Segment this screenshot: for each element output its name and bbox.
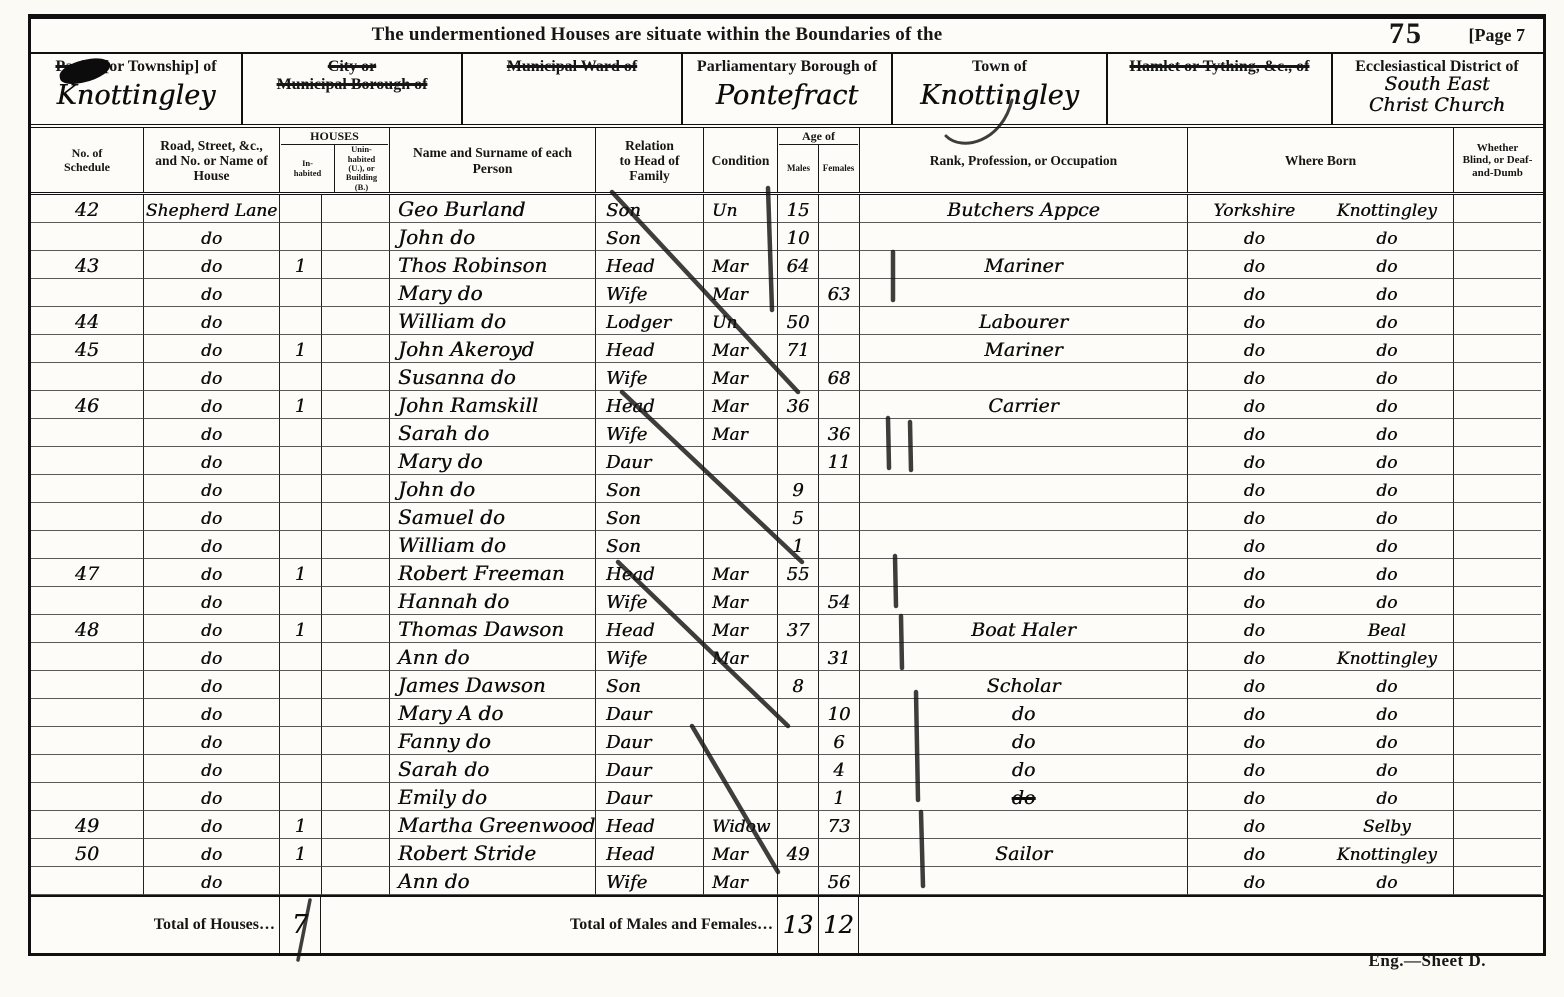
- blind-deaf-cell: [1453, 279, 1541, 307]
- condition-cell: [703, 475, 777, 503]
- occupation-cell: do: [859, 783, 1187, 811]
- road-name-cell: do: [143, 755, 279, 783]
- relation-cell: Daur: [595, 447, 703, 475]
- where-born-cell: doSelby: [1187, 811, 1453, 839]
- where-born-cell: dodo: [1187, 699, 1453, 727]
- relation-cell: Head: [595, 335, 703, 363]
- person-name-cell: William do: [389, 307, 595, 335]
- blind-deaf-cell: [1453, 867, 1541, 895]
- totals-spacer: [1453, 897, 1541, 953]
- sheet-number: 75: [1389, 17, 1423, 51]
- inhabited-cell: [279, 643, 321, 671]
- where-born-cell: dodo: [1187, 783, 1453, 811]
- blind-deaf-cell: [1453, 419, 1541, 447]
- census-row: doSusanna doWifeMar68dodo: [31, 363, 1543, 391]
- schedule-number-cell: [31, 503, 143, 531]
- town-label: Town of: [893, 58, 1106, 76]
- blind-deaf-cell: [1453, 755, 1541, 783]
- condition-cell: [703, 531, 777, 559]
- sheet-footer: Eng.—Sheet D.: [1369, 951, 1486, 971]
- total-males-females-label: Total of Males and Females…: [389, 897, 777, 953]
- condition-cell: [703, 671, 777, 699]
- where-born-cell: doKnottingley: [1187, 643, 1453, 671]
- uninhabited-cell: [321, 447, 389, 475]
- schedule-number-cell: [31, 363, 143, 391]
- census-row: 46do1John RamskillHeadMar36Carrierdodo: [31, 391, 1543, 419]
- census-row: doFanny doDaur6dododo: [31, 727, 1543, 755]
- uninhabited-cell: [321, 615, 389, 643]
- condition-cell: Mar: [703, 587, 777, 615]
- inhabited-cell: [279, 867, 321, 895]
- uninhabited-cell: [321, 419, 389, 447]
- relation-cell: Son: [595, 223, 703, 251]
- col-inhabited-header: In- habited: [281, 145, 334, 192]
- relation-cell: Daur: [595, 783, 703, 811]
- inhabited-cell: 1: [279, 839, 321, 867]
- uninhabited-cell: [321, 559, 389, 587]
- condition-cell: [703, 503, 777, 531]
- age-female-cell: 73: [818, 811, 859, 839]
- road-name-cell: do: [143, 615, 279, 643]
- age-male-cell: 5: [777, 503, 818, 531]
- uninhabited-cell: [321, 531, 389, 559]
- where-born-cell: dodo: [1187, 251, 1453, 279]
- person-name-cell: John Ramskill: [389, 391, 595, 419]
- person-name-cell: Ann do: [389, 643, 595, 671]
- age-male-cell: 55: [777, 559, 818, 587]
- totals-spacer: [321, 897, 389, 953]
- relation-cell: Daur: [595, 755, 703, 783]
- condition-cell: Mar: [703, 335, 777, 363]
- road-name-cell: do: [143, 559, 279, 587]
- age-female-cell: [818, 503, 859, 531]
- schedule-number-cell: [31, 531, 143, 559]
- age-male-cell: [777, 279, 818, 307]
- district-header-row: Parish [or Township] of Knottingley City…: [31, 54, 1543, 128]
- inhabited-cell: [279, 671, 321, 699]
- relation-cell: Son: [595, 531, 703, 559]
- road-name-cell: do: [143, 279, 279, 307]
- total-females-value: 12: [818, 897, 859, 953]
- uninhabited-cell: [321, 307, 389, 335]
- relation-cell: Daur: [595, 699, 703, 727]
- condition-cell: Mar: [703, 559, 777, 587]
- relation-cell: Son: [595, 195, 703, 223]
- schedule-number-cell: [31, 475, 143, 503]
- condition-cell: Mar: [703, 251, 777, 279]
- condition-cell: Mar: [703, 615, 777, 643]
- town-box: Town of Knottingley: [891, 54, 1106, 124]
- blind-deaf-cell: [1453, 503, 1541, 531]
- inhabited-cell: 1: [279, 391, 321, 419]
- page-title: The undermentioned Houses are situate wi…: [31, 24, 1283, 46]
- inhabited-cell: [279, 587, 321, 615]
- schedule-number-cell: 42: [31, 195, 143, 223]
- census-row: doMary A doDaur10dododo: [31, 699, 1543, 727]
- blind-deaf-cell: [1453, 643, 1541, 671]
- census-row: doMary doWifeMar63dodo: [31, 279, 1543, 307]
- occupation-cell: do: [859, 755, 1187, 783]
- condition-cell: Mar: [703, 867, 777, 895]
- relation-cell: Head: [595, 559, 703, 587]
- uninhabited-cell: [321, 223, 389, 251]
- inhabited-cell: 1: [279, 615, 321, 643]
- person-name-cell: John do: [389, 475, 595, 503]
- census-row: 42Shepherd LaneGeo BurlandSonUn15Butcher…: [31, 195, 1543, 223]
- relation-cell: Head: [595, 391, 703, 419]
- age-female-cell: 56: [818, 867, 859, 895]
- where-born-cell: dodo: [1187, 867, 1453, 895]
- age-female-cell: 4: [818, 755, 859, 783]
- totals-spacer: [859, 897, 1187, 953]
- road-name-cell: do: [143, 783, 279, 811]
- ecclesiastical-district-value: South East Christ Church: [1333, 74, 1541, 116]
- census-row: 47do1Robert FreemanHeadMar55dodo: [31, 559, 1543, 587]
- census-row: doAnn doWifeMar31doKnottingley: [31, 643, 1543, 671]
- total-houses-value: 7: [279, 897, 321, 953]
- inhabited-cell: [279, 755, 321, 783]
- condition-cell: Mar: [703, 363, 777, 391]
- age-female-cell: [818, 391, 859, 419]
- hamlet-box: Hamlet or Tything, &c., of: [1106, 54, 1331, 124]
- person-name-cell: Robert Stride: [389, 839, 595, 867]
- person-name-cell: Fanny do: [389, 727, 595, 755]
- age-male-cell: [777, 419, 818, 447]
- road-name-cell: do: [143, 643, 279, 671]
- person-name-cell: Samuel do: [389, 503, 595, 531]
- age-male-cell: 64: [777, 251, 818, 279]
- where-born-cell: dodo: [1187, 419, 1453, 447]
- relation-cell: Son: [595, 671, 703, 699]
- schedule-number-cell: [31, 783, 143, 811]
- occupation-cell: [859, 587, 1187, 615]
- city-borough-label: City or Municipal Borough of: [243, 58, 461, 95]
- census-row: doAnn doWifeMar56dodo: [31, 867, 1543, 895]
- age-male-cell: [777, 755, 818, 783]
- road-name-cell: do: [143, 503, 279, 531]
- uninhabited-cell: [321, 867, 389, 895]
- blind-deaf-cell: [1453, 727, 1541, 755]
- relation-cell: Wife: [595, 279, 703, 307]
- census-row: doJohn doSon9dodo: [31, 475, 1543, 503]
- parish-value: Knottingley: [31, 80, 241, 111]
- uninhabited-cell: [321, 475, 389, 503]
- col-condition-header: Condition: [703, 128, 777, 193]
- schedule-number-cell: 45: [31, 335, 143, 363]
- parliamentary-borough-box: Parliamentary Borough of Pontefract: [681, 54, 891, 124]
- age-female-cell: [818, 671, 859, 699]
- age-group-label: Age of: [779, 129, 858, 145]
- census-row: doSarah doWifeMar36dodo: [31, 419, 1543, 447]
- inhabited-cell: 1: [279, 251, 321, 279]
- census-row: 50do1Robert StrideHeadMar49SailordoKnott…: [31, 839, 1543, 867]
- total-males-value: 13: [777, 897, 818, 953]
- person-name-cell: Martha Greenwood: [389, 811, 595, 839]
- col-blind-header: Whether Blind, or Deaf- and-Dumb: [1453, 128, 1541, 193]
- condition-cell: Widow: [703, 811, 777, 839]
- person-name-cell: Geo Burland: [389, 195, 595, 223]
- occupation-cell: [859, 867, 1187, 895]
- age-male-cell: [777, 867, 818, 895]
- where-born-cell: dodo: [1187, 279, 1453, 307]
- relation-cell: Head: [595, 811, 703, 839]
- age-male-cell: [777, 727, 818, 755]
- relation-cell: Head: [595, 839, 703, 867]
- census-row: 49do1Martha GreenwoodHeadWidow73doSelby: [31, 811, 1543, 839]
- blind-deaf-cell: [1453, 671, 1541, 699]
- age-male-cell: [777, 811, 818, 839]
- occupation-cell: Mariner: [859, 335, 1187, 363]
- age-male-cell: 49: [777, 839, 818, 867]
- occupation-cell: Scholar: [859, 671, 1187, 699]
- inhabited-cell: [279, 475, 321, 503]
- inhabited-cell: [279, 279, 321, 307]
- relation-cell: Daur: [595, 727, 703, 755]
- occupation-cell: [859, 279, 1187, 307]
- person-name-cell: Thos Robinson: [389, 251, 595, 279]
- road-name-cell: do: [143, 727, 279, 755]
- inhabited-cell: [279, 531, 321, 559]
- condition-cell: [703, 755, 777, 783]
- census-row: doWilliam doSon1dodo: [31, 531, 1543, 559]
- col-males-header: Males: [779, 145, 818, 192]
- occupation-cell: [859, 559, 1187, 587]
- uninhabited-cell: [321, 251, 389, 279]
- condition-cell: [703, 699, 777, 727]
- condition-cell: [703, 727, 777, 755]
- schedule-number-cell: [31, 867, 143, 895]
- road-name-cell: do: [143, 475, 279, 503]
- schedule-number-cell: 44: [31, 307, 143, 335]
- census-row: doSarah doDaur4dododo: [31, 755, 1543, 783]
- condition-cell: Mar: [703, 279, 777, 307]
- uninhabited-cell: [321, 643, 389, 671]
- relation-cell: Head: [595, 615, 703, 643]
- inhabited-cell: [279, 307, 321, 335]
- census-row: 45do1John AkeroydHeadMar71Marinerdodo: [31, 335, 1543, 363]
- road-name-cell: do: [143, 447, 279, 475]
- road-name-cell: do: [143, 587, 279, 615]
- uninhabited-cell: [321, 755, 389, 783]
- occupation-cell: Sailor: [859, 839, 1187, 867]
- person-name-cell: Sarah do: [389, 755, 595, 783]
- road-name-cell: do: [143, 671, 279, 699]
- relation-cell: Wife: [595, 419, 703, 447]
- blind-deaf-cell: [1453, 587, 1541, 615]
- ecclesiastical-district-box: Ecclesiastical District of South East Ch…: [1331, 54, 1541, 124]
- parliamentary-borough-value: Pontefract: [683, 80, 891, 111]
- town-value: Knottingley: [893, 80, 1106, 111]
- road-name-cell: do: [143, 811, 279, 839]
- where-born-cell: YorkshireKnottingley: [1187, 195, 1453, 223]
- occupation-cell: Carrier: [859, 391, 1187, 419]
- where-born-cell: dodo: [1187, 727, 1453, 755]
- where-born-cell: dodo: [1187, 503, 1453, 531]
- age-female-cell: [818, 251, 859, 279]
- road-name-cell: do: [143, 867, 279, 895]
- condition-cell: [703, 447, 777, 475]
- age-male-cell: 37: [777, 615, 818, 643]
- blind-deaf-cell: [1453, 531, 1541, 559]
- age-female-cell: 10: [818, 699, 859, 727]
- relation-cell: Wife: [595, 867, 703, 895]
- occupation-cell: Butchers Appce: [859, 195, 1187, 223]
- houses-group-label: HOUSES: [281, 129, 388, 145]
- condition-cell: Un: [703, 307, 777, 335]
- blind-deaf-cell: [1453, 251, 1541, 279]
- occupation-cell: Boat Haler: [859, 615, 1187, 643]
- col-relation-header: Relation to Head of Family: [595, 128, 703, 193]
- totals-spacer: [1187, 897, 1453, 953]
- census-row: doSamuel doSon5dodo: [31, 503, 1543, 531]
- road-name-cell: do: [143, 391, 279, 419]
- inhabited-cell: [279, 699, 321, 727]
- road-name-cell: do: [143, 363, 279, 391]
- col-houses-header: HOUSES In- habited Unin- habited (U.), o…: [279, 128, 389, 193]
- inhabited-cell: [279, 223, 321, 251]
- col-where-born-header: Where Born: [1187, 128, 1453, 193]
- blind-deaf-cell: [1453, 223, 1541, 251]
- where-born-cell: dodo: [1187, 391, 1453, 419]
- occupation-cell: [859, 447, 1187, 475]
- uninhabited-cell: [321, 811, 389, 839]
- where-born-cell: dodo: [1187, 755, 1453, 783]
- schedule-number-cell: [31, 223, 143, 251]
- blind-deaf-cell: [1453, 559, 1541, 587]
- where-born-cell: dodo: [1187, 559, 1453, 587]
- blind-deaf-cell: [1453, 615, 1541, 643]
- person-name-cell: Ann do: [389, 867, 595, 895]
- age-male-cell: [777, 643, 818, 671]
- schedule-number-cell: [31, 699, 143, 727]
- col-name-header: Name and Surname of each Person: [389, 128, 595, 193]
- title-bar: The undermentioned Houses are situate wi…: [31, 19, 1543, 54]
- where-born-cell: dodo: [1187, 223, 1453, 251]
- uninhabited-cell: [321, 391, 389, 419]
- road-name-cell: do: [143, 307, 279, 335]
- schedule-number-cell: 50: [31, 839, 143, 867]
- blind-deaf-cell: [1453, 195, 1541, 223]
- blind-deaf-cell: [1453, 363, 1541, 391]
- inhabited-cell: [279, 195, 321, 223]
- relation-cell: Wife: [595, 643, 703, 671]
- uninhabited-cell: [321, 335, 389, 363]
- schedule-number-cell: 46: [31, 391, 143, 419]
- road-name-cell: do: [143, 699, 279, 727]
- schedule-number-cell: 43: [31, 251, 143, 279]
- uninhabited-cell: [321, 587, 389, 615]
- inhabited-cell: [279, 727, 321, 755]
- uninhabited-cell: [321, 699, 389, 727]
- person-name-cell: John Akeroyd: [389, 335, 595, 363]
- where-born-cell: dodo: [1187, 531, 1453, 559]
- person-name-cell: Robert Freeman: [389, 559, 595, 587]
- age-male-cell: 15: [777, 195, 818, 223]
- age-female-cell: [818, 475, 859, 503]
- col-schedule-header: No. of Schedule: [31, 128, 143, 193]
- occupation-cell: [859, 223, 1187, 251]
- inhabited-cell: [279, 363, 321, 391]
- age-female-cell: [818, 335, 859, 363]
- inhabited-cell: [279, 783, 321, 811]
- age-female-cell: [818, 615, 859, 643]
- occupation-cell: Labourer: [859, 307, 1187, 335]
- blind-deaf-cell: [1453, 391, 1541, 419]
- col-females-header: Females: [818, 145, 858, 192]
- census-row: doJohn doSon10dodo: [31, 223, 1543, 251]
- inhabited-cell: 1: [279, 335, 321, 363]
- uninhabited-cell: [321, 279, 389, 307]
- blind-deaf-cell: [1453, 839, 1541, 867]
- col-road-header: Road, Street, &c., and No. or Name of Ho…: [143, 128, 279, 193]
- inhabited-cell: [279, 419, 321, 447]
- relation-cell: Wife: [595, 587, 703, 615]
- age-male-cell: 9: [777, 475, 818, 503]
- schedule-number-cell: [31, 587, 143, 615]
- age-female-cell: 11: [818, 447, 859, 475]
- inhabited-cell: [279, 503, 321, 531]
- age-male-cell: [777, 783, 818, 811]
- age-female-cell: 68: [818, 363, 859, 391]
- occupation-cell: [859, 503, 1187, 531]
- age-male-cell: 8: [777, 671, 818, 699]
- blind-deaf-cell: [1453, 335, 1541, 363]
- person-name-cell: Hannah do: [389, 587, 595, 615]
- age-female-cell: 31: [818, 643, 859, 671]
- relation-cell: Lodger: [595, 307, 703, 335]
- col-occupation-header: Rank, Profession, or Occupation: [859, 128, 1187, 193]
- age-female-cell: [818, 307, 859, 335]
- where-born-cell: dodo: [1187, 307, 1453, 335]
- road-name-cell: do: [143, 335, 279, 363]
- road-name-cell: do: [143, 251, 279, 279]
- age-female-cell: 6: [818, 727, 859, 755]
- census-sheet: The undermentioned Houses are situate wi…: [28, 14, 1546, 956]
- blind-deaf-cell: [1453, 699, 1541, 727]
- person-name-cell: Emily do: [389, 783, 595, 811]
- condition-cell: Mar: [703, 643, 777, 671]
- uninhabited-cell: [321, 727, 389, 755]
- relation-cell: Son: [595, 503, 703, 531]
- age-female-cell: [818, 223, 859, 251]
- road-name-cell: do: [143, 223, 279, 251]
- totals-row: Total of Houses… 7 Total of Males and Fe…: [31, 895, 1543, 953]
- where-born-cell: doKnottingley: [1187, 839, 1453, 867]
- parish-box: Parish [or Township] of Knottingley: [31, 54, 241, 124]
- municipal-ward-label: Municipal Ward of: [463, 58, 681, 76]
- uninhabited-cell: [321, 839, 389, 867]
- blind-deaf-cell: [1453, 475, 1541, 503]
- uninhabited-cell: [321, 783, 389, 811]
- census-row: doMary doDaur11dodo: [31, 447, 1543, 475]
- blind-deaf-cell: [1453, 307, 1541, 335]
- schedule-number-cell: 47: [31, 559, 143, 587]
- person-name-cell: James Dawson: [389, 671, 595, 699]
- age-female-cell: 54: [818, 587, 859, 615]
- occupation-cell: [859, 531, 1187, 559]
- relation-cell: Son: [595, 475, 703, 503]
- occupation-cell: [859, 475, 1187, 503]
- age-male-cell: 50: [777, 307, 818, 335]
- relation-cell: Head: [595, 251, 703, 279]
- age-male-cell: [777, 699, 818, 727]
- age-male-cell: 10: [777, 223, 818, 251]
- person-name-cell: John do: [389, 223, 595, 251]
- where-born-cell: dodo: [1187, 335, 1453, 363]
- inhabited-cell: 1: [279, 559, 321, 587]
- uninhabited-cell: [321, 503, 389, 531]
- condition-cell: Mar: [703, 419, 777, 447]
